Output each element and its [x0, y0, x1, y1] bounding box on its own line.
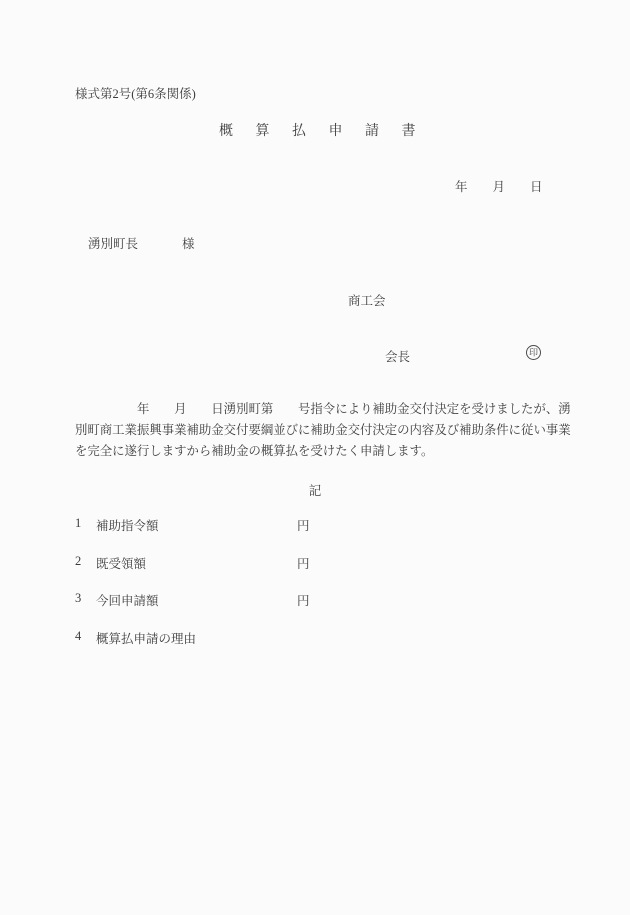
- form-number: 様式第2号(第6条関係): [75, 84, 196, 102]
- body-line-2: 別町商工業振興事業補助金交付要綱並びに補助金交付決定の内容及び補助条件に従い事業: [75, 420, 585, 441]
- applicant-org: 商工会: [348, 291, 386, 309]
- item-number: 2: [75, 554, 81, 569]
- item-label: 補助指令額: [96, 516, 159, 534]
- item-number: 3: [75, 591, 81, 606]
- item-unit: 円: [297, 591, 310, 609]
- list-item-3: 3 今回申請額 円: [0, 591, 630, 609]
- seal-text: 印: [529, 349, 538, 358]
- item-unit: 円: [297, 516, 310, 534]
- item-number: 4: [75, 629, 81, 644]
- item-number: 1: [75, 516, 81, 531]
- item-label: 今回申請額: [96, 591, 159, 609]
- item-label: 概算払申請の理由: [96, 629, 196, 647]
- addressee-honorific: 様: [182, 234, 195, 252]
- list-item-1: 1 補助指令額 円: [0, 516, 630, 534]
- body-line-3: を完全に遂行しますから補助金の概算払を受けたく申請します。: [75, 441, 585, 462]
- date-line: 年 月 日: [455, 177, 543, 195]
- list-item-4: 4 概算払申請の理由: [0, 629, 630, 647]
- body-paragraph: 年 月 日湧別町第 号指令により補助金交付決定を受けましたが、湧 別町商工業振興…: [75, 399, 585, 463]
- list-header-ki: 記: [0, 481, 630, 499]
- addressee-name: 湧別町長: [88, 234, 138, 252]
- body-line-1: 年 月 日湧別町第 号指令により補助金交付決定を受けましたが、湧: [75, 399, 585, 420]
- document-title: 概算払申請書: [219, 120, 438, 140]
- document-page: 様式第2号(第6条関係) 概算払申請書 年 月 日 湧別町長 様 商工会 会長 …: [0, 0, 630, 915]
- seal-icon: 印: [526, 345, 541, 360]
- item-label: 既受領額: [96, 554, 146, 572]
- list-item-2: 2 既受領額 円: [0, 554, 630, 572]
- president-label: 会長: [385, 347, 410, 365]
- item-unit: 円: [297, 554, 310, 572]
